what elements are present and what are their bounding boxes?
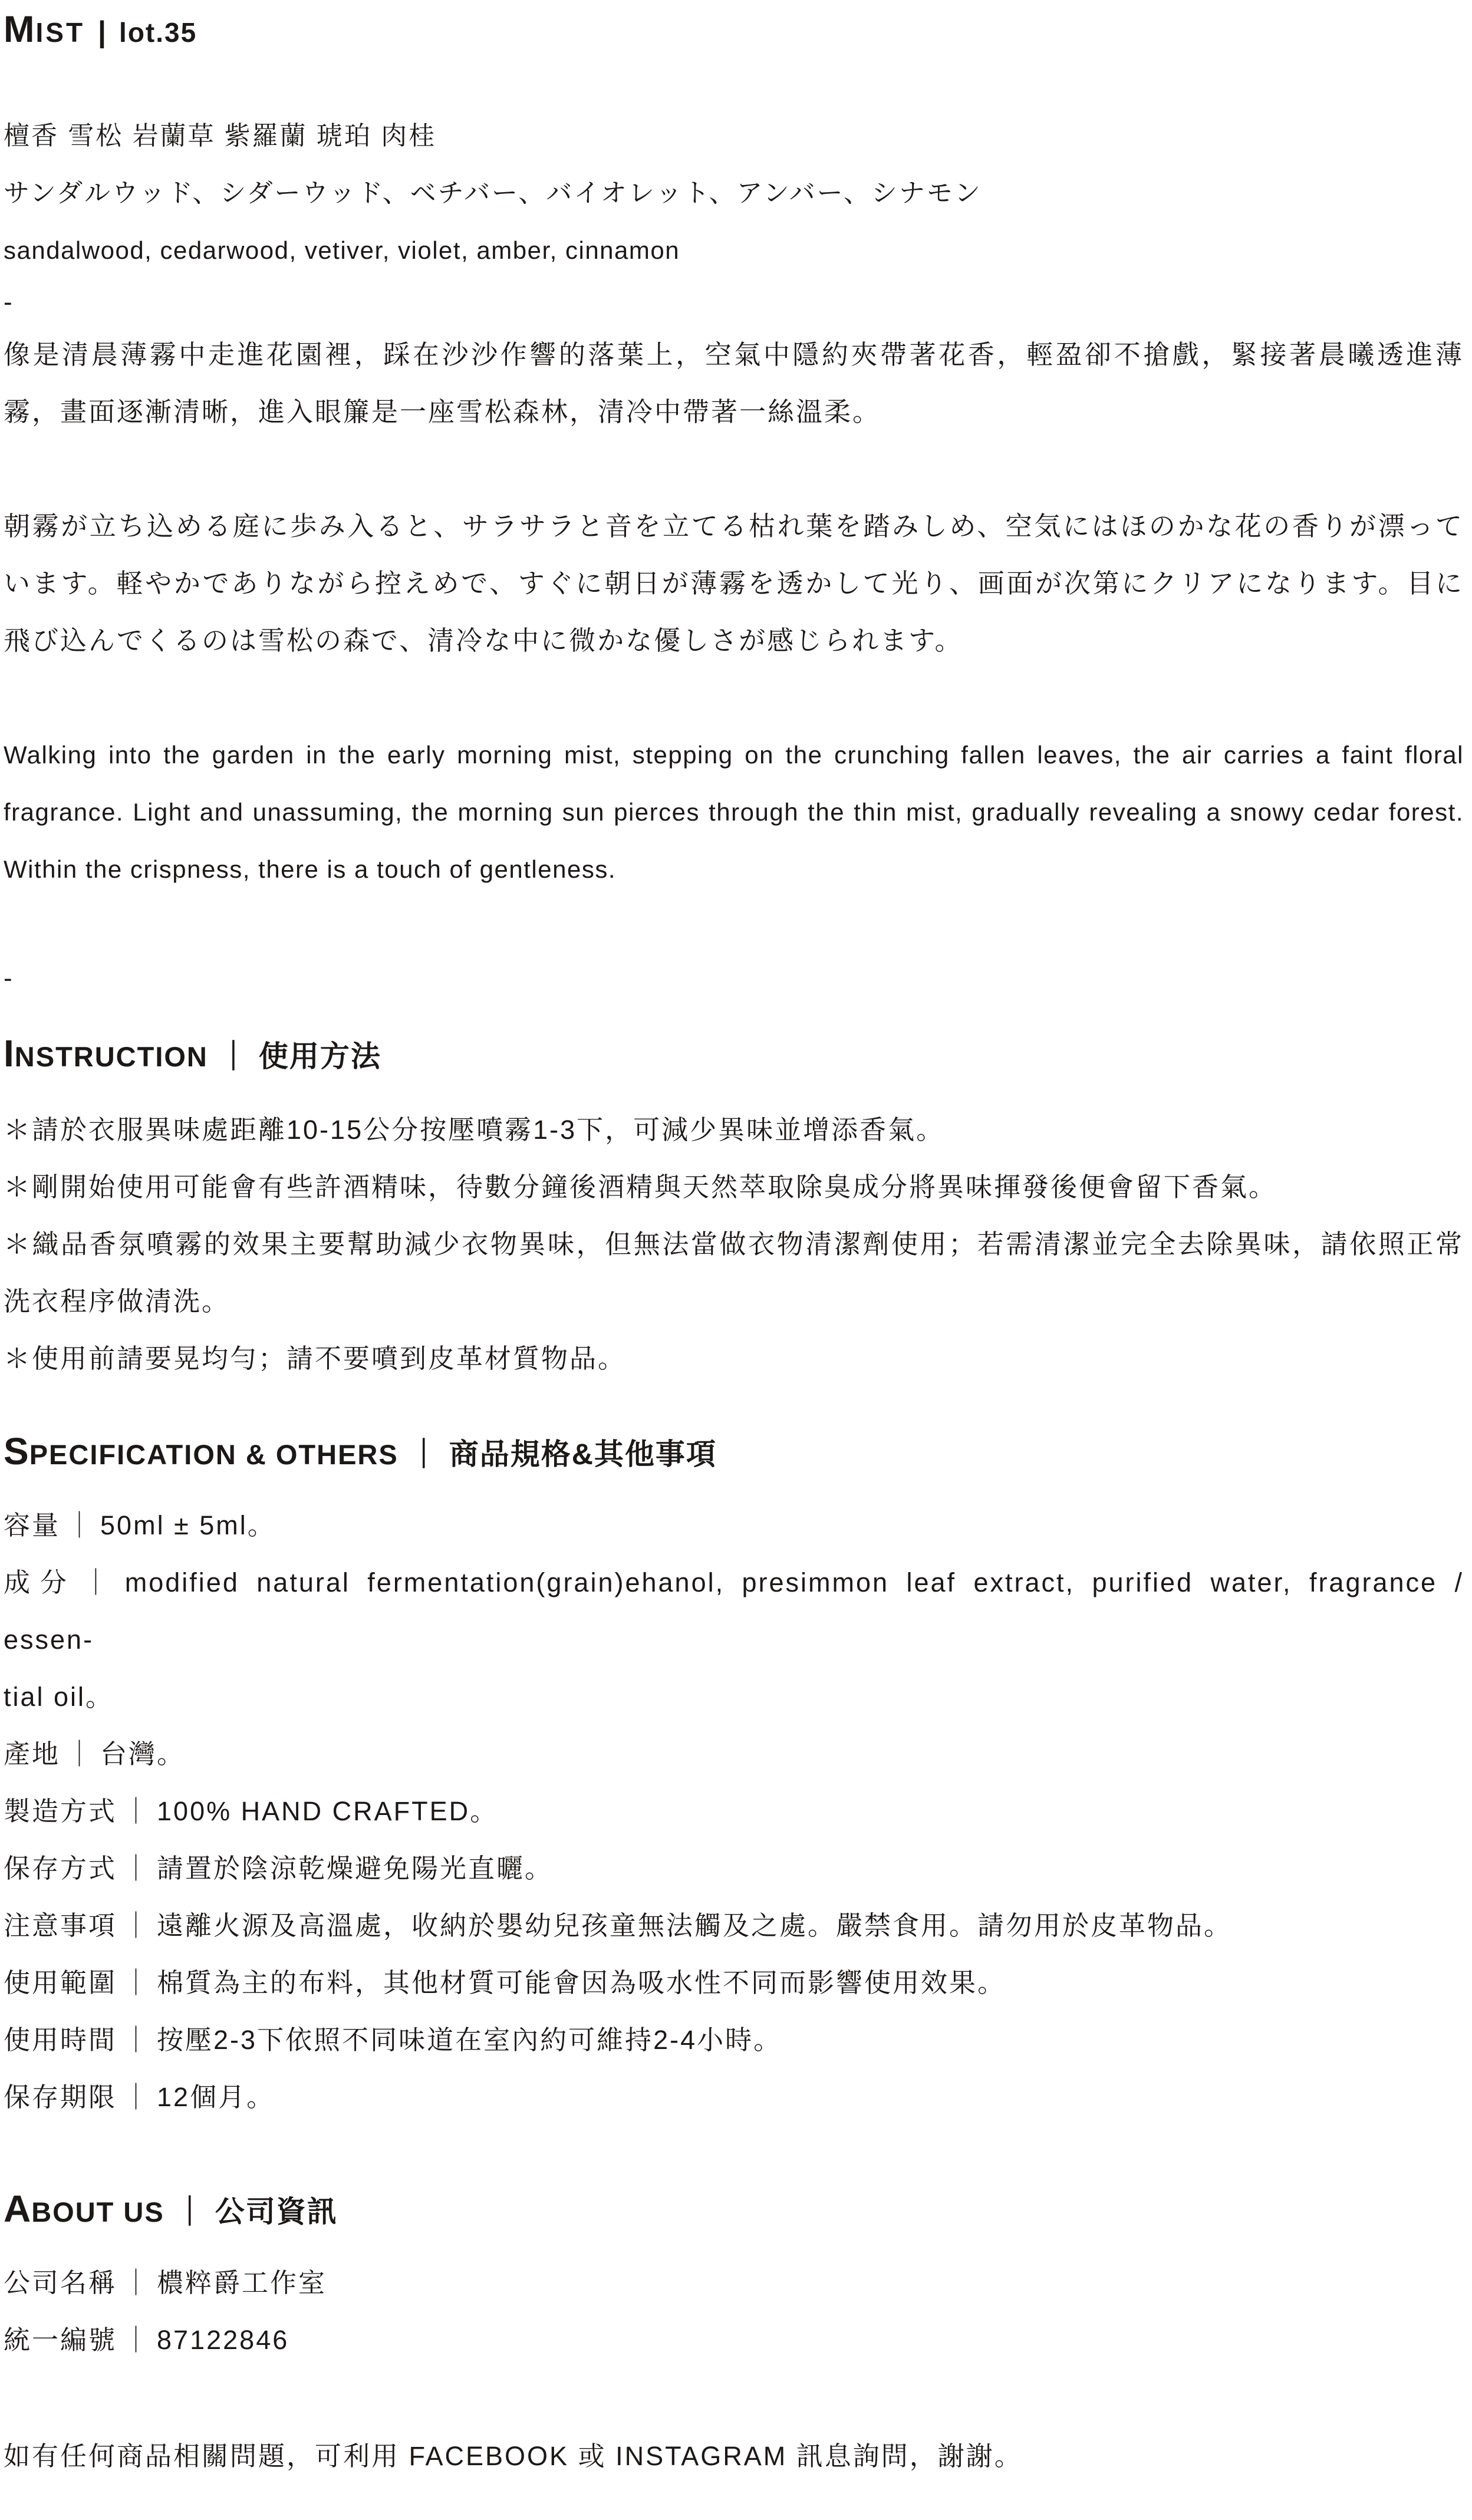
spec-separator: ｜	[123, 1853, 151, 1883]
spec-row-caution: 注意事項｜遠離火源及高溫處，收納於嬰幼兒孩童無法觸及之處。嚴禁食用。請勿用於皮革…	[4, 1897, 1464, 1954]
about-value: 檂粹爵工作室	[157, 2268, 327, 2298]
instruction-item: ＊織品香氛噴霧的效果主要幫助減少衣物異味，但無法當做衣物清潔劑使用；若需清潔並完…	[4, 1215, 1464, 1330]
divider-dash-2: -	[4, 955, 1464, 1002]
specification-heading-divider: ｜	[409, 1438, 439, 1471]
scent-notes-ja: サンダルウッド、シダーウッド、ベチバー、バイオレット、アンバー、シナモン	[4, 164, 1464, 222]
scent-notes-en: sandalwood, cedarwood, vetiver, violet, …	[4, 222, 1464, 279]
scent-notes-zh: 檀香 雪松 岩蘭草 紫羅蘭 琥珀 肉桂	[4, 107, 1464, 164]
spec-separator: ｜	[123, 1796, 151, 1826]
spec-separator: ｜	[123, 2082, 151, 2112]
spec-label: 注意事項	[4, 1910, 117, 1941]
about-heading-divider: ｜	[175, 2195, 205, 2228]
divider-dash-1: -	[4, 279, 1464, 326]
spec-separator: ｜	[123, 1910, 151, 1941]
spec-separator: ｜	[83, 1567, 119, 1597]
instruction-heading-divider: ｜	[219, 1040, 248, 1073]
spec-value: 按壓2-3下依照不同味道在室內約可維持2-4小時。	[157, 2025, 782, 2055]
about-rows: 公司名稱｜檂粹爵工作室 統一編號｜87122846	[4, 2254, 1464, 2369]
spec-value: 棉質為主的布料，其他材質可能會因為吸水性不同而影響使用效果。	[157, 1968, 1006, 1998]
specification-section: SPECIFICATION & OTHERS｜商品規格&其他事項 容量｜50ml…	[4, 1425, 1464, 2126]
description-ja: 朝霧が立ち込める庭に歩み入ると、サラサラと音を立てる枯れ葉を踏みしめ、空気にはほ…	[4, 498, 1464, 669]
instruction-heading-cjk: 使用方法	[259, 1040, 381, 1073]
instruction-heading: INSTRUCTION｜使用方法	[4, 1027, 1464, 1092]
spec-row-shelf-life: 保存期限｜12個月。	[4, 2068, 1464, 2126]
specification-heading-rest: PECIFICATION & OTHERS	[29, 1439, 399, 1470]
spec-label: 容量	[4, 1510, 60, 1540]
about-separator: ｜	[123, 2268, 151, 2298]
about-heading-lead: A	[4, 2188, 31, 2230]
instruction-heading-lead: I	[4, 1032, 15, 1075]
description-zh: 像是清晨薄霧中走進花園裡，踩在沙沙作響的落葉上，空氣中隱約夾帶著花香，輕盈卻不搶…	[4, 326, 1464, 440]
page-title-rest: IST	[35, 17, 85, 48]
page-title-lot: lot.35	[119, 17, 197, 48]
spec-row-production: 製造方式｜100% HAND CRAFTED。	[4, 1783, 1464, 1840]
about-heading-rest: BOUT US	[31, 2196, 164, 2228]
page-title-divider: |	[98, 15, 106, 48]
spec-label: 產地	[4, 1739, 60, 1769]
spec-label: 使用時間	[4, 2025, 117, 2055]
spec-label: 保存方式	[4, 1853, 117, 1883]
specification-heading: SPECIFICATION & OTHERS｜商品規格&其他事項	[4, 1425, 1464, 1490]
spec-label: 保存期限	[4, 2082, 117, 2112]
spec-row-capacity: 容量｜50ml ± 5ml。	[4, 1497, 1464, 1554]
description-en: Walking into the garden in the early mor…	[4, 726, 1464, 898]
about-label: 公司名稱	[4, 2268, 117, 2298]
spec-separator: ｜	[66, 1739, 94, 1769]
spec-label: 使用範圍	[4, 1968, 117, 1998]
about-row-company-name: 公司名稱｜檂粹爵工作室	[4, 2254, 1464, 2311]
page-title-lead: M	[4, 9, 35, 50]
page-title: MIST|lot.35	[4, 8, 1464, 51]
instruction-items: ＊請於衣服異味處距離10-15公分按壓噴霧1-3下，可減少異味並增添香氣。 ＊剛…	[4, 1101, 1464, 1387]
specification-heading-lead: S	[4, 1430, 29, 1473]
spec-value: 50ml ± 5ml。	[100, 1510, 276, 1540]
instruction-item: ＊請於衣服異味處距離10-15公分按壓噴霧1-3下，可減少異味並增添香氣。	[4, 1101, 1464, 1158]
spec-value: 100% HAND CRAFTED。	[157, 1796, 498, 1826]
spec-value: modified natural fermentation(grain)ehan…	[4, 1567, 1464, 1655]
about-section: ABOUT US｜公司資訊 公司名稱｜檂粹爵工作室 統一編號｜87122846 …	[4, 2182, 1464, 2485]
spec-label: 成分	[4, 1567, 77, 1597]
spec-row-ingredients: 成分｜modified natural fermentation(grain)e…	[4, 1554, 1464, 1725]
instruction-item: ＊使用前請要晃均勻；請不要噴到皮革材質物品。	[4, 1330, 1464, 1387]
spec-value-continued: tial oil。	[4, 1682, 114, 1712]
about-row-tax-id: 統一編號｜87122846	[4, 2311, 1464, 2369]
spec-value: 12個月。	[157, 2082, 275, 2112]
contact-note: 如有任何商品相關問題，可利用 FACEBOOK 或 INSTAGRAM 訊息詢問…	[4, 2427, 1464, 2485]
spec-row-storage: 保存方式｜請置於陰涼乾燥避免陽光直曬。	[4, 1840, 1464, 1897]
scent-notes: 檀香 雪松 岩蘭草 紫羅蘭 琥珀 肉桂 サンダルウッド、シダーウッド、ベチバー、…	[4, 107, 1464, 279]
specification-heading-cjk: 商品規格&其他事項	[449, 1438, 717, 1471]
spec-value: 台灣。	[100, 1739, 185, 1769]
spec-separator: ｜	[66, 1510, 94, 1540]
about-value: 87122846	[157, 2325, 289, 2355]
spec-value: 請置於陰涼乾燥避免陽光直曬。	[157, 1853, 553, 1883]
instruction-item: ＊剛開始使用可能會有些許酒精味，待數分鐘後酒精與天然萃取除臭成分將異味揮發後便會…	[4, 1158, 1464, 1215]
spec-label: 製造方式	[4, 1796, 117, 1826]
instruction-heading-rest: NSTRUCTION	[15, 1041, 208, 1072]
about-separator: ｜	[123, 2325, 151, 2355]
product-description-page: MIST|lot.35 檀香 雪松 岩蘭草 紫羅蘭 琥珀 肉桂 サンダルウッド、…	[0, 0, 1472, 2520]
spec-row-duration: 使用時間｜按壓2-3下依照不同味道在室內約可維持2-4小時。	[4, 2011, 1464, 2068]
about-heading: ABOUT US｜公司資訊	[4, 2182, 1464, 2247]
description-section: 像是清晨薄霧中走進花園裡，踩在沙沙作響的落葉上，空氣中隱約夾帶著花香，輕盈卻不搶…	[4, 326, 1464, 898]
specification-rows: 容量｜50ml ± 5ml。 成分｜modified natural ferme…	[4, 1497, 1464, 2126]
about-heading-cjk: 公司資訊	[215, 2195, 338, 2228]
spec-row-usage-range: 使用範圍｜棉質為主的布料，其他材質可能會因為吸水性不同而影響使用效果。	[4, 1954, 1464, 2011]
spec-value: 遠離火源及高溫處，收納於嬰幼兒孩童無法觸及之處。嚴禁食用。請勿用於皮革物品。	[157, 1910, 1232, 1941]
about-label: 統一編號	[4, 2325, 117, 2355]
spec-row-origin: 產地｜台灣。	[4, 1725, 1464, 1783]
instruction-section: INSTRUCTION｜使用方法 ＊請於衣服異味處距離10-15公分按壓噴霧1-…	[4, 1027, 1464, 1387]
spec-separator: ｜	[123, 2025, 151, 2055]
spec-separator: ｜	[123, 1968, 151, 1998]
